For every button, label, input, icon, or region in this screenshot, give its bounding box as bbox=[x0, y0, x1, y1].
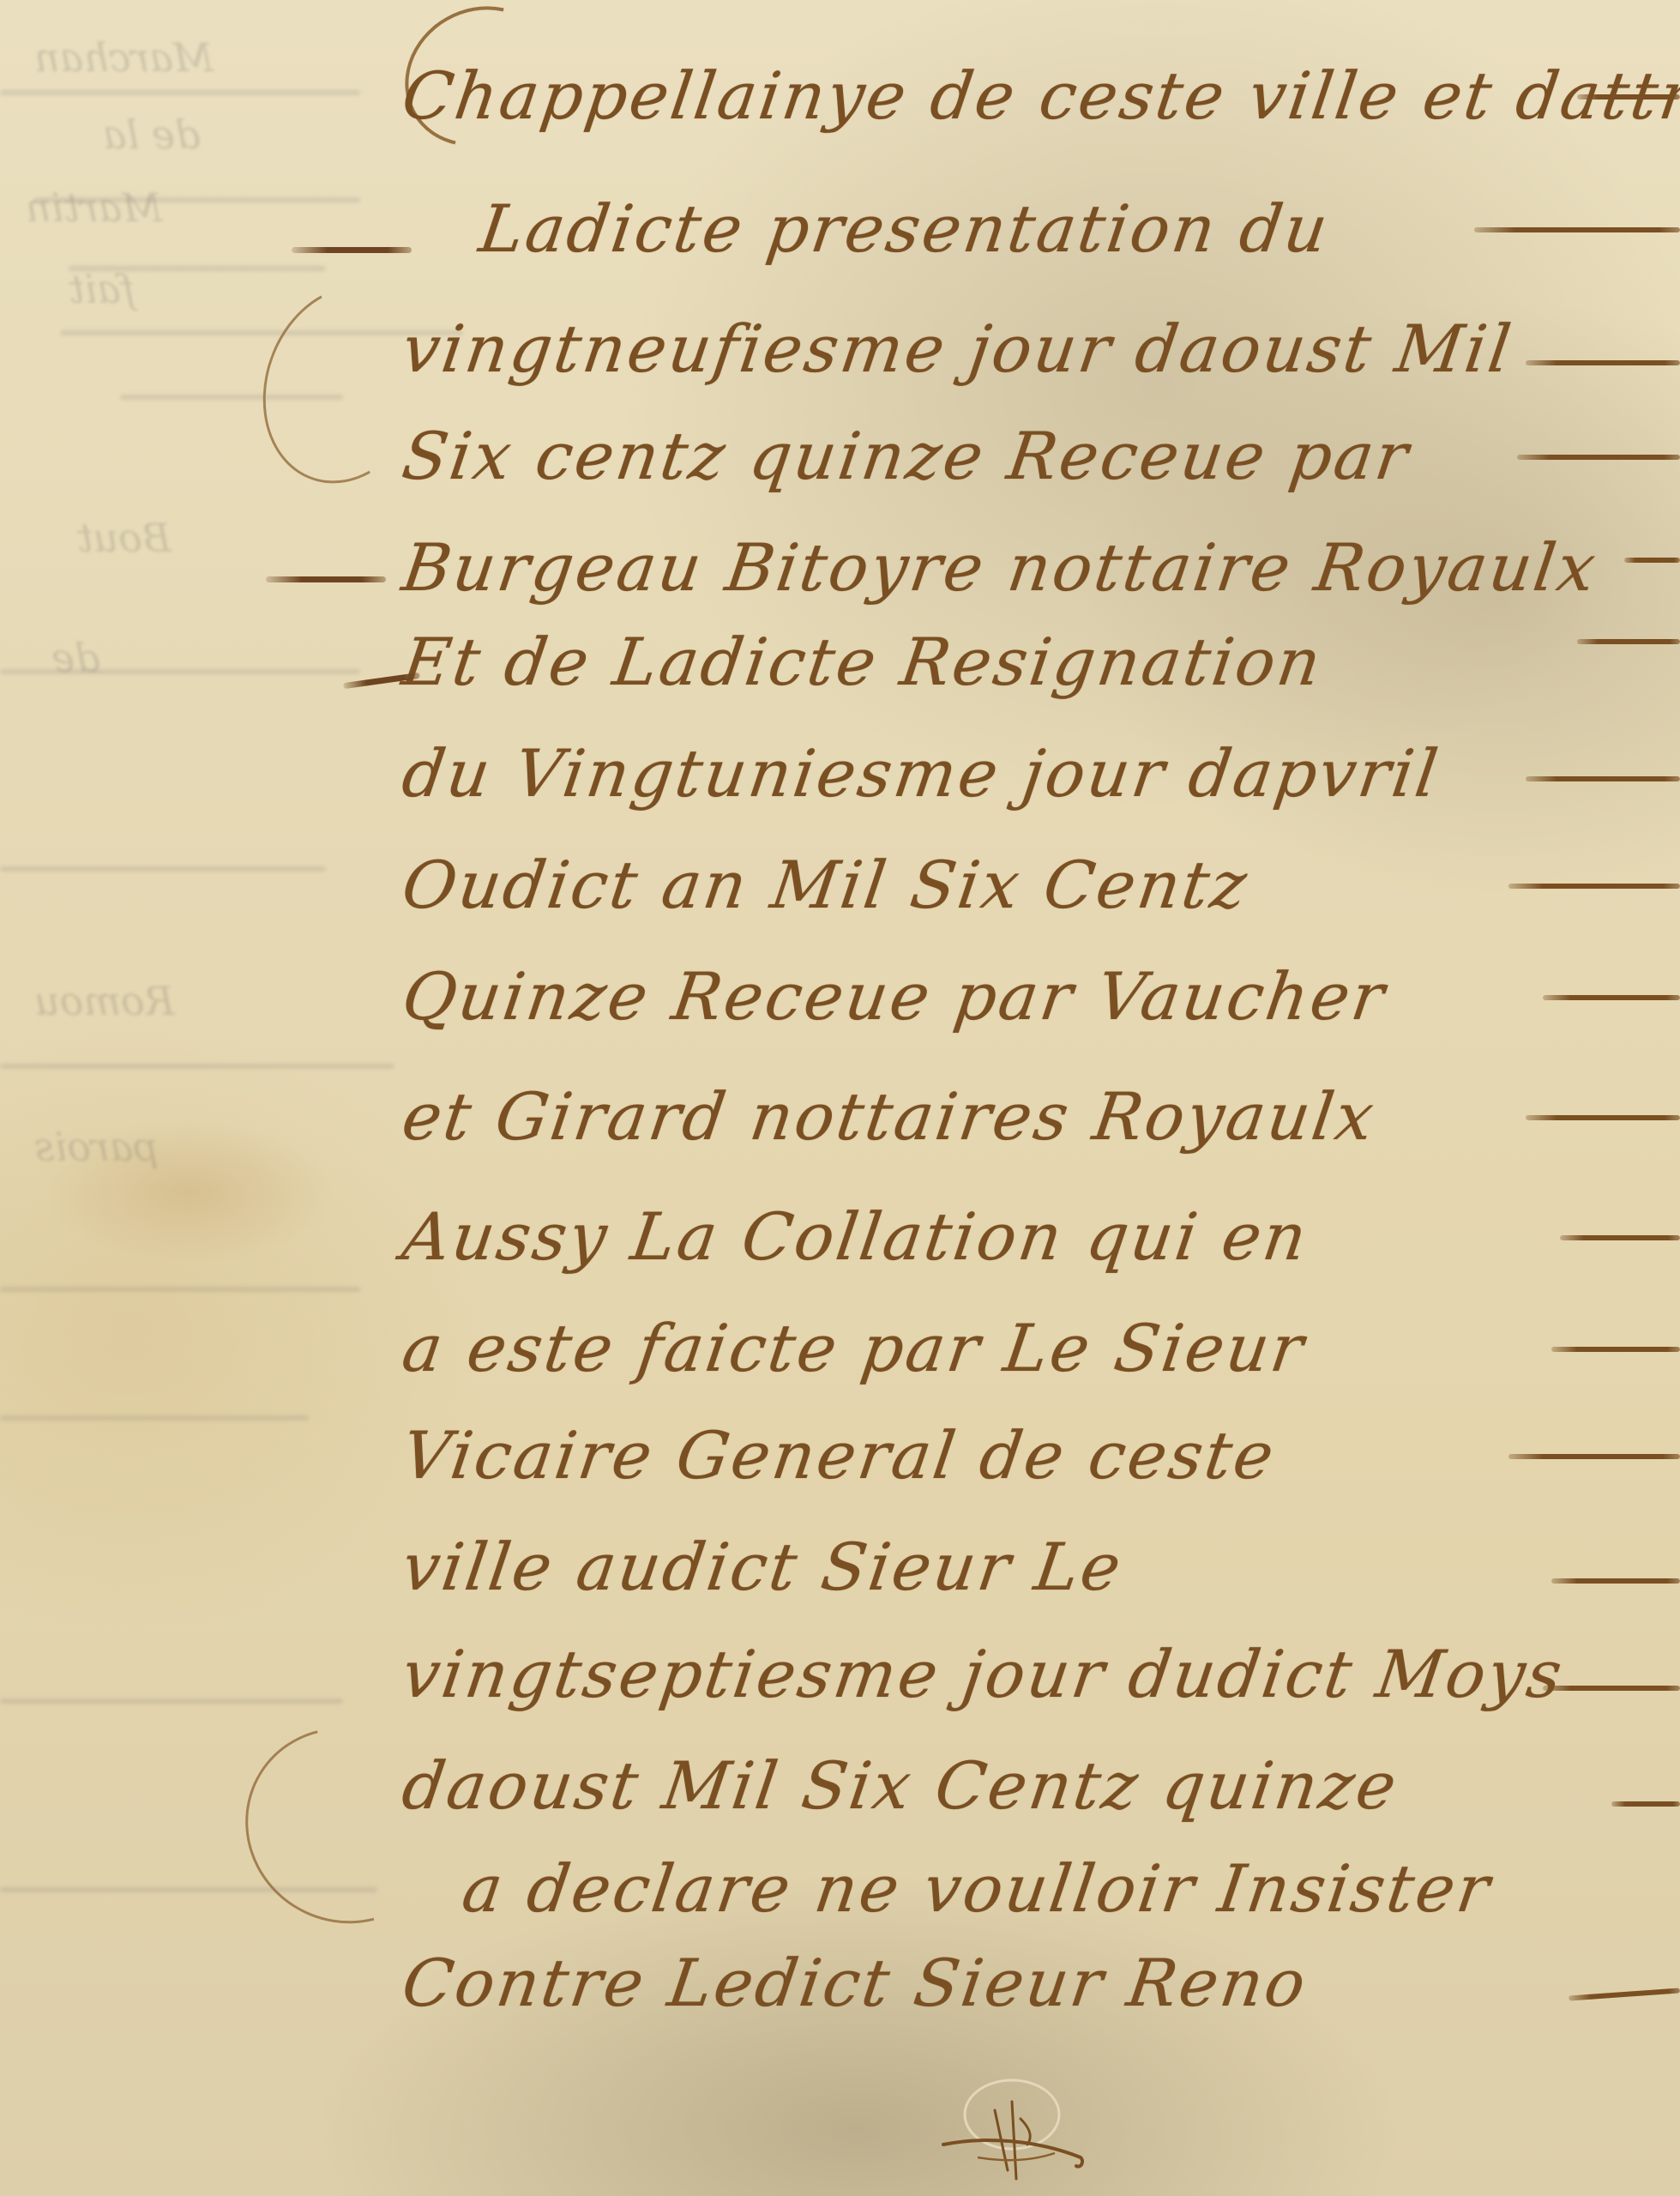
manuscript-line: a declare ne voulloir Insister bbox=[463, 1827, 1491, 1921]
line-text: Contre Ledict Sieur Reno bbox=[399, 1951, 1312, 2016]
line-text: Chappellainye de ceste ville et dattre bbox=[399, 63, 1680, 129]
line-text: Et de Ladicte Resignation bbox=[399, 630, 1328, 695]
manuscript-line: Aussy La Collation qui en bbox=[403, 1175, 1308, 1270]
line-text: a este faicte par Le Sieur bbox=[399, 1316, 1310, 1381]
manuscript-line: vingtseptiesme jour dudict Moys bbox=[403, 1613, 1563, 1707]
bleed-through-text: Marchan bbox=[34, 34, 214, 81]
manuscript-line: Burgeau Bitoyre nottaire Royaulx bbox=[403, 506, 1597, 600]
manuscript-line: Vicaire General de ceste bbox=[403, 1394, 1275, 1488]
line-end-dash bbox=[1517, 455, 1680, 460]
line-end-dash bbox=[1526, 1115, 1680, 1120]
line-end-dash bbox=[1551, 1578, 1680, 1584]
line-end-dash bbox=[1624, 558, 1680, 563]
line-end-dash bbox=[1551, 1347, 1680, 1352]
line-end-dash bbox=[1543, 1686, 1680, 1691]
manuscript-line: Six centz quinze Receue par bbox=[403, 395, 1410, 489]
bleed-through-text: de la bbox=[103, 112, 200, 158]
line-text: ville audict Sieur Le bbox=[399, 1535, 1127, 1600]
line-text: Quinze Receue par Vaucher bbox=[399, 964, 1391, 1029]
line-text: Oudict an Mil Six Centz bbox=[399, 853, 1253, 918]
manuscript-line: ville audict Sieur Le bbox=[403, 1505, 1123, 1600]
line-text: a declare ne voulloir Insister bbox=[459, 1856, 1496, 1921]
line-lead-dash bbox=[292, 247, 412, 253]
manuscript-line: Oudict an Mil Six Centz bbox=[403, 823, 1249, 918]
bleed-through-text: Romou bbox=[34, 978, 174, 1024]
bleed-through-text: Martin bbox=[26, 184, 162, 231]
manuscript-line: a este faicte par Le Sieur bbox=[403, 1287, 1305, 1381]
manuscript-line: et Girard nottaires Royaulx bbox=[403, 1055, 1376, 1149]
bleed-through-text: de bbox=[51, 635, 100, 681]
line-end-dash bbox=[1508, 1454, 1680, 1459]
line-text: Vicaire General de ceste bbox=[399, 1423, 1280, 1488]
bleed-through-text: Bout bbox=[77, 515, 172, 561]
bleed-through-stroke bbox=[0, 1415, 309, 1421]
bleed-through-stroke bbox=[0, 1287, 360, 1292]
manuscript-line: Contre Ledict Sieur Reno bbox=[403, 1921, 1307, 2016]
line-text: vingtseptiesme jour dudict Moys bbox=[399, 1642, 1569, 1707]
line-end-dash bbox=[1508, 884, 1680, 889]
line-end-dash bbox=[1577, 94, 1680, 100]
line-text: daoust Mil Six Centz quinze bbox=[399, 1753, 1403, 1819]
bleed-through-text: fait bbox=[69, 266, 135, 312]
manuscript-line: Quinze Receue par Vaucher bbox=[403, 935, 1386, 1029]
manuscript-line: Chappellainye de ceste ville et dattre bbox=[403, 34, 1680, 129]
line-text: Six centz quinze Receue par bbox=[399, 424, 1414, 489]
line-text: Aussy La Collation qui en bbox=[399, 1204, 1313, 1270]
line-end-dash bbox=[1611, 1801, 1680, 1807]
line-end-dash bbox=[1526, 776, 1680, 781]
line-text: du Vingtuniesme jour dapvril bbox=[399, 741, 1444, 806]
line-end-dash bbox=[1543, 995, 1680, 1000]
bleed-through-stroke bbox=[0, 866, 326, 872]
bleed-through-stroke bbox=[0, 1698, 343, 1704]
line-text: et Girard nottaires Royaulx bbox=[399, 1084, 1380, 1149]
line-text: Burgeau Bitoyre nottaire Royaulx bbox=[399, 535, 1602, 600]
line-end-dash bbox=[1474, 227, 1680, 232]
line-end-dash bbox=[1560, 1235, 1680, 1240]
line-lead-dash bbox=[266, 576, 386, 582]
bleed-through-stroke bbox=[0, 1064, 394, 1069]
manuscript-line: Et de Ladicte Resignation bbox=[403, 600, 1322, 695]
line-end-dash bbox=[1526, 360, 1680, 365]
manuscript-line: Ladicte presentation du bbox=[480, 167, 1329, 262]
manuscript-line: du Vingtuniesme jour dapvril bbox=[403, 712, 1439, 806]
bleed-through-text: parois bbox=[34, 1124, 159, 1170]
manuscript-line: vingtneufiesme jour daoust Mil bbox=[403, 287, 1512, 382]
signature-paraph-icon bbox=[926, 2076, 1098, 2187]
bleed-through-stroke bbox=[0, 90, 360, 95]
manuscript-line: daoust Mil Six Centz quinze bbox=[403, 1724, 1398, 1819]
line-text: Ladicte presentation du bbox=[476, 196, 1334, 262]
line-end-dash bbox=[1577, 639, 1680, 644]
line-text: vingtneufiesme jour daoust Mil bbox=[399, 317, 1517, 382]
